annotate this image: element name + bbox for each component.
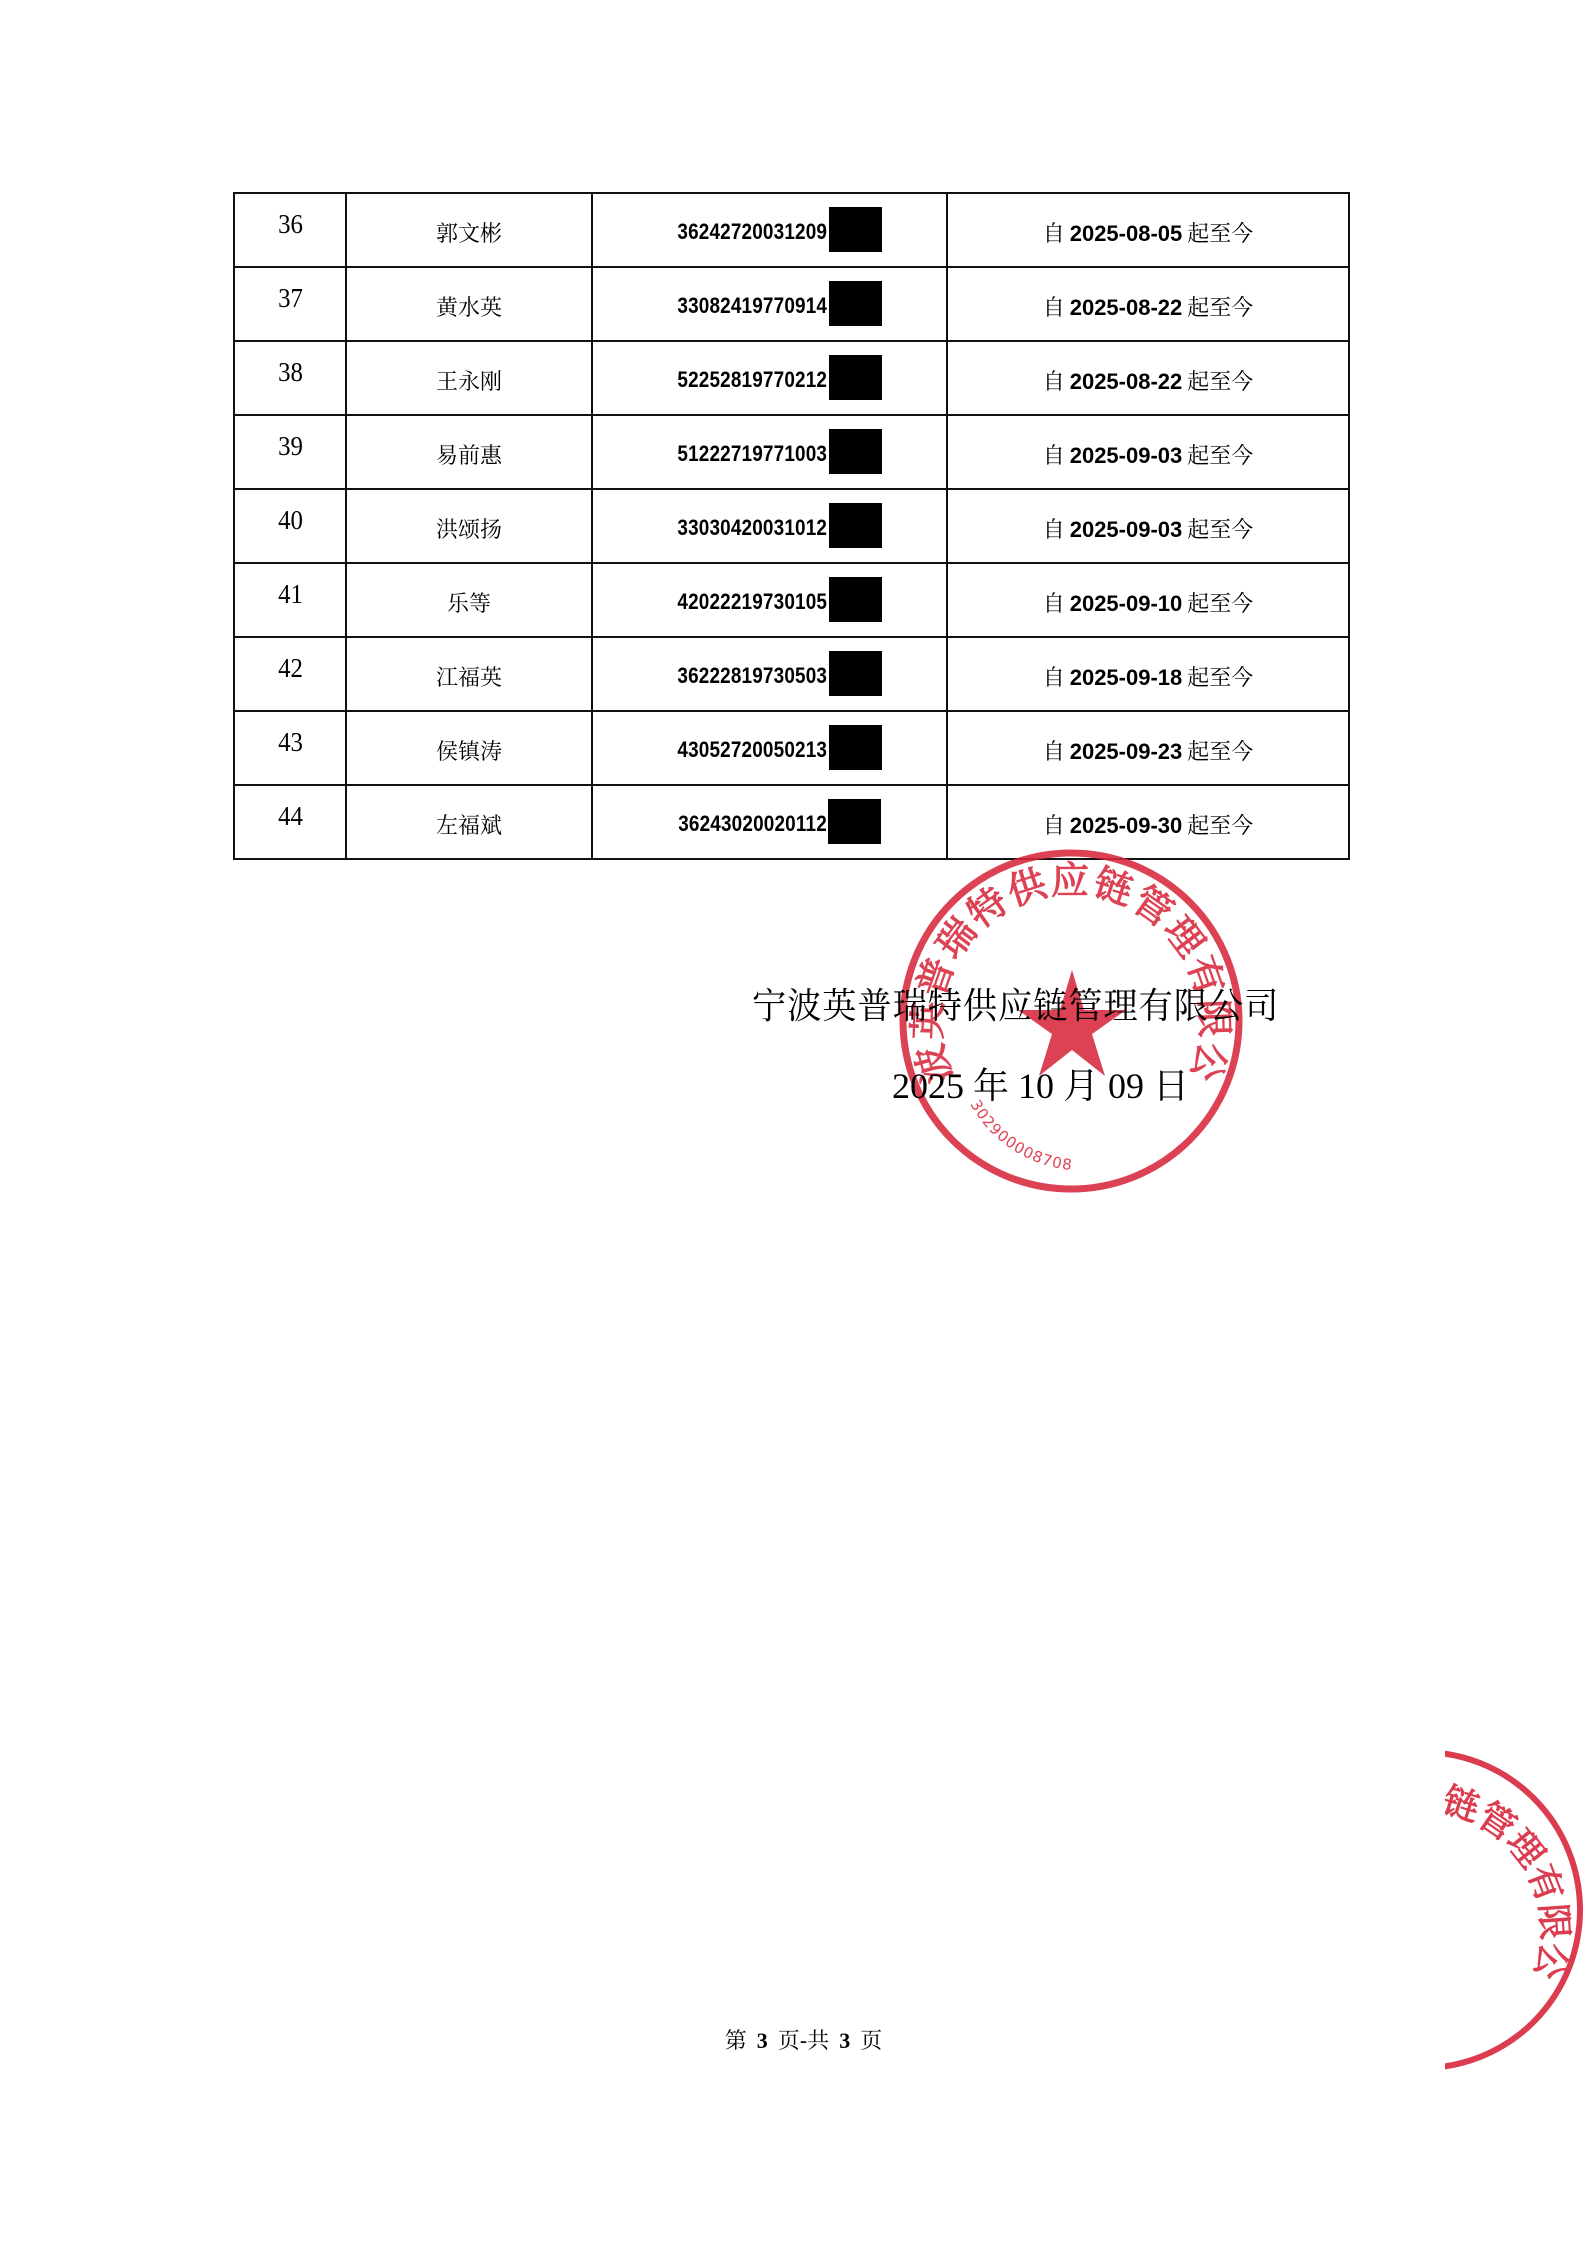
redaction-box [829,281,882,326]
start-date: 2025-09-03 [1070,517,1183,542]
employment-period: 自2025-08-05起至今 [1043,217,1254,248]
index-cell: 40 [234,489,346,563]
page-mid: 页-共 [778,2029,829,2054]
name-cell: 黄水英 [346,267,592,341]
row-index: 41 [278,579,303,610]
redaction-box [829,429,882,474]
id-number: 36243020020112 [678,811,827,837]
date-cell: 自2025-08-22起至今 [947,341,1349,415]
start-date: 2025-08-05 [1070,221,1183,246]
date-cell: 自2025-09-03起至今 [947,489,1349,563]
date-prefix: 自 [1043,666,1065,691]
row-index: 43 [278,727,303,758]
start-date: 2025-08-22 [1070,295,1183,320]
employee-name: 侯镇涛 [436,735,502,766]
page-footer: 第3页-共3页 [10,2024,1587,2055]
name-cell: 乐等 [346,563,592,637]
date-suffix: 起至今 [1187,814,1253,839]
redaction-box [829,577,882,622]
index-cell: 36 [234,193,346,267]
row-index: 40 [278,505,303,536]
employee-name: 易前惠 [436,439,502,470]
index-cell: 41 [234,563,346,637]
employee-name: 左福斌 [436,809,502,840]
signature-company: 宁波英普瑞特供应链管理有限公司 [752,978,1279,1029]
start-date: 2025-09-18 [1070,665,1183,690]
date-prefix: 自 [1043,592,1065,617]
id-cell: 33082419770914 [592,267,947,341]
row-index: 44 [278,801,303,832]
index-cell: 38 [234,341,346,415]
table-row: 43 侯镇涛 43052720050213 自2025-09-23起至今 [234,711,1349,785]
id-cell: 43052720050213 [592,711,947,785]
date-prefix: 自 [1043,518,1065,543]
index-cell: 43 [234,711,346,785]
date-suffix: 起至今 [1187,740,1253,765]
id-number: 36222819730503 [678,663,828,689]
row-index: 39 [278,431,303,462]
row-index: 38 [278,357,303,388]
date-cell: 自2025-08-05起至今 [947,193,1349,267]
index-cell: 44 [234,785,346,859]
employment-period: 自2025-08-22起至今 [1043,291,1254,322]
date-suffix: 起至今 [1187,296,1253,321]
page-current: 3 [757,2028,768,2053]
table-row: 39 易前惠 51222719771003 自2025-09-03起至今 [234,415,1349,489]
employment-period: 自2025-09-23起至今 [1043,735,1254,766]
date-cell: 自2025-09-10起至今 [947,563,1349,637]
id-number-group: 33082419770914 [653,283,881,326]
page-suffix: 页 [860,2029,882,2054]
date-prefix: 自 [1043,370,1065,395]
date-suffix: 起至今 [1187,666,1253,691]
id-cell: 36242720031209 [592,193,947,267]
name-cell: 侯镇涛 [346,711,592,785]
name-cell: 江福英 [346,637,592,711]
date-suffix: 起至今 [1187,370,1253,395]
index-cell: 42 [234,637,346,711]
signature-date: 2025 年 10 月 09 日 [892,1058,1189,1109]
date-suffix: 起至今 [1187,222,1253,247]
table-row: 36 郭文彬 36242720031209 自2025-08-05起至今 [234,193,1349,267]
employment-period: 自2025-09-03起至今 [1043,439,1254,470]
id-number-group: 36242720031209 [653,209,881,252]
id-number-group: 36243020020112 [654,801,881,844]
start-date: 2025-09-30 [1070,813,1183,838]
table-row: 40 洪颂扬 33030420031012 自2025-09-03起至今 [234,489,1349,563]
date-suffix: 起至今 [1187,518,1253,543]
id-cell: 51222719771003 [592,415,947,489]
index-cell: 37 [234,267,346,341]
employment-period: 自2025-09-10起至今 [1043,587,1254,618]
employment-period: 自2025-09-03起至今 [1043,513,1254,544]
redaction-box [829,355,882,400]
name-cell: 郭文彬 [346,193,592,267]
id-number-group: 36222819730503 [653,653,881,696]
employee-name: 黄水英 [436,291,502,322]
start-date: 2025-09-03 [1070,443,1183,468]
redaction-box [829,651,882,696]
employee-name: 江福英 [436,661,502,692]
date-prefix: 自 [1043,740,1065,765]
table-row: 38 王永刚 52252819770212 自2025-08-22起至今 [234,341,1349,415]
date-prefix: 自 [1043,222,1065,247]
start-date: 2025-09-10 [1070,591,1183,616]
id-number-group: 33030420031012 [653,505,881,548]
start-date: 2025-08-22 [1070,369,1183,394]
redaction-box [829,503,882,548]
redaction-box [829,207,882,252]
employee-name: 王永刚 [436,365,502,396]
id-cell: 42022219730105 [592,563,947,637]
redaction-box [828,799,881,844]
id-cell: 36222819730503 [592,637,947,711]
name-cell: 易前惠 [346,415,592,489]
redaction-box [829,725,882,770]
table-row: 41 乐等 42022219730105 自2025-09-10起至今 [234,563,1349,637]
start-date: 2025-09-23 [1070,739,1183,764]
employment-period: 自2025-08-22起至今 [1043,365,1254,396]
row-index: 42 [278,653,303,684]
id-number-group: 42022219730105 [653,579,881,622]
name-cell: 左福斌 [346,785,592,859]
id-cell: 52252819770212 [592,341,947,415]
id-number: 33082419770914 [678,293,828,319]
date-cell: 自2025-09-03起至今 [947,415,1349,489]
id-number-group: 43052720050213 [653,727,881,770]
id-number: 36242720031209 [678,219,828,245]
table-row: 42 江福英 36222819730503 自2025-09-18起至今 [234,637,1349,711]
date-cell: 自2025-08-22起至今 [947,267,1349,341]
employee-table: 36 郭文彬 36242720031209 自2025-08-05起至今 37 … [233,192,1350,860]
id-number-group: 51222719771003 [653,431,881,474]
date-suffix: 起至今 [1187,444,1253,469]
employee-name: 乐等 [447,587,491,618]
employment-period: 自2025-09-18起至今 [1043,661,1254,692]
id-number-group: 52252819770212 [653,357,881,400]
id-number: 51222719771003 [678,441,828,467]
id-number: 42022219730105 [678,589,828,615]
employee-name: 郭文彬 [436,217,502,248]
page-total: 3 [839,2028,850,2053]
table-row: 37 黄水英 33082419770914 自2025-08-22起至今 [234,267,1349,341]
row-index: 36 [278,209,303,240]
id-number: 52252819770212 [678,367,828,393]
employee-name: 洪颂扬 [436,513,502,544]
date-cell: 自2025-09-18起至今 [947,637,1349,711]
employment-period: 自2025-09-30起至今 [1043,809,1254,840]
date-prefix: 自 [1043,296,1065,321]
name-cell: 王永刚 [346,341,592,415]
date-cell: 自2025-09-23起至今 [947,711,1349,785]
id-number: 43052720050213 [678,737,828,763]
page-prefix: 第 [725,2029,747,2054]
index-cell: 39 [234,415,346,489]
id-number: 33030420031012 [678,515,828,541]
name-cell: 洪颂扬 [346,489,592,563]
date-prefix: 自 [1043,444,1065,469]
date-suffix: 起至今 [1187,592,1253,617]
date-prefix: 自 [1043,814,1065,839]
table-body: 36 郭文彬 36242720031209 自2025-08-05起至今 37 … [234,193,1349,859]
row-index: 37 [278,283,303,314]
id-cell: 33030420031012 [592,489,947,563]
